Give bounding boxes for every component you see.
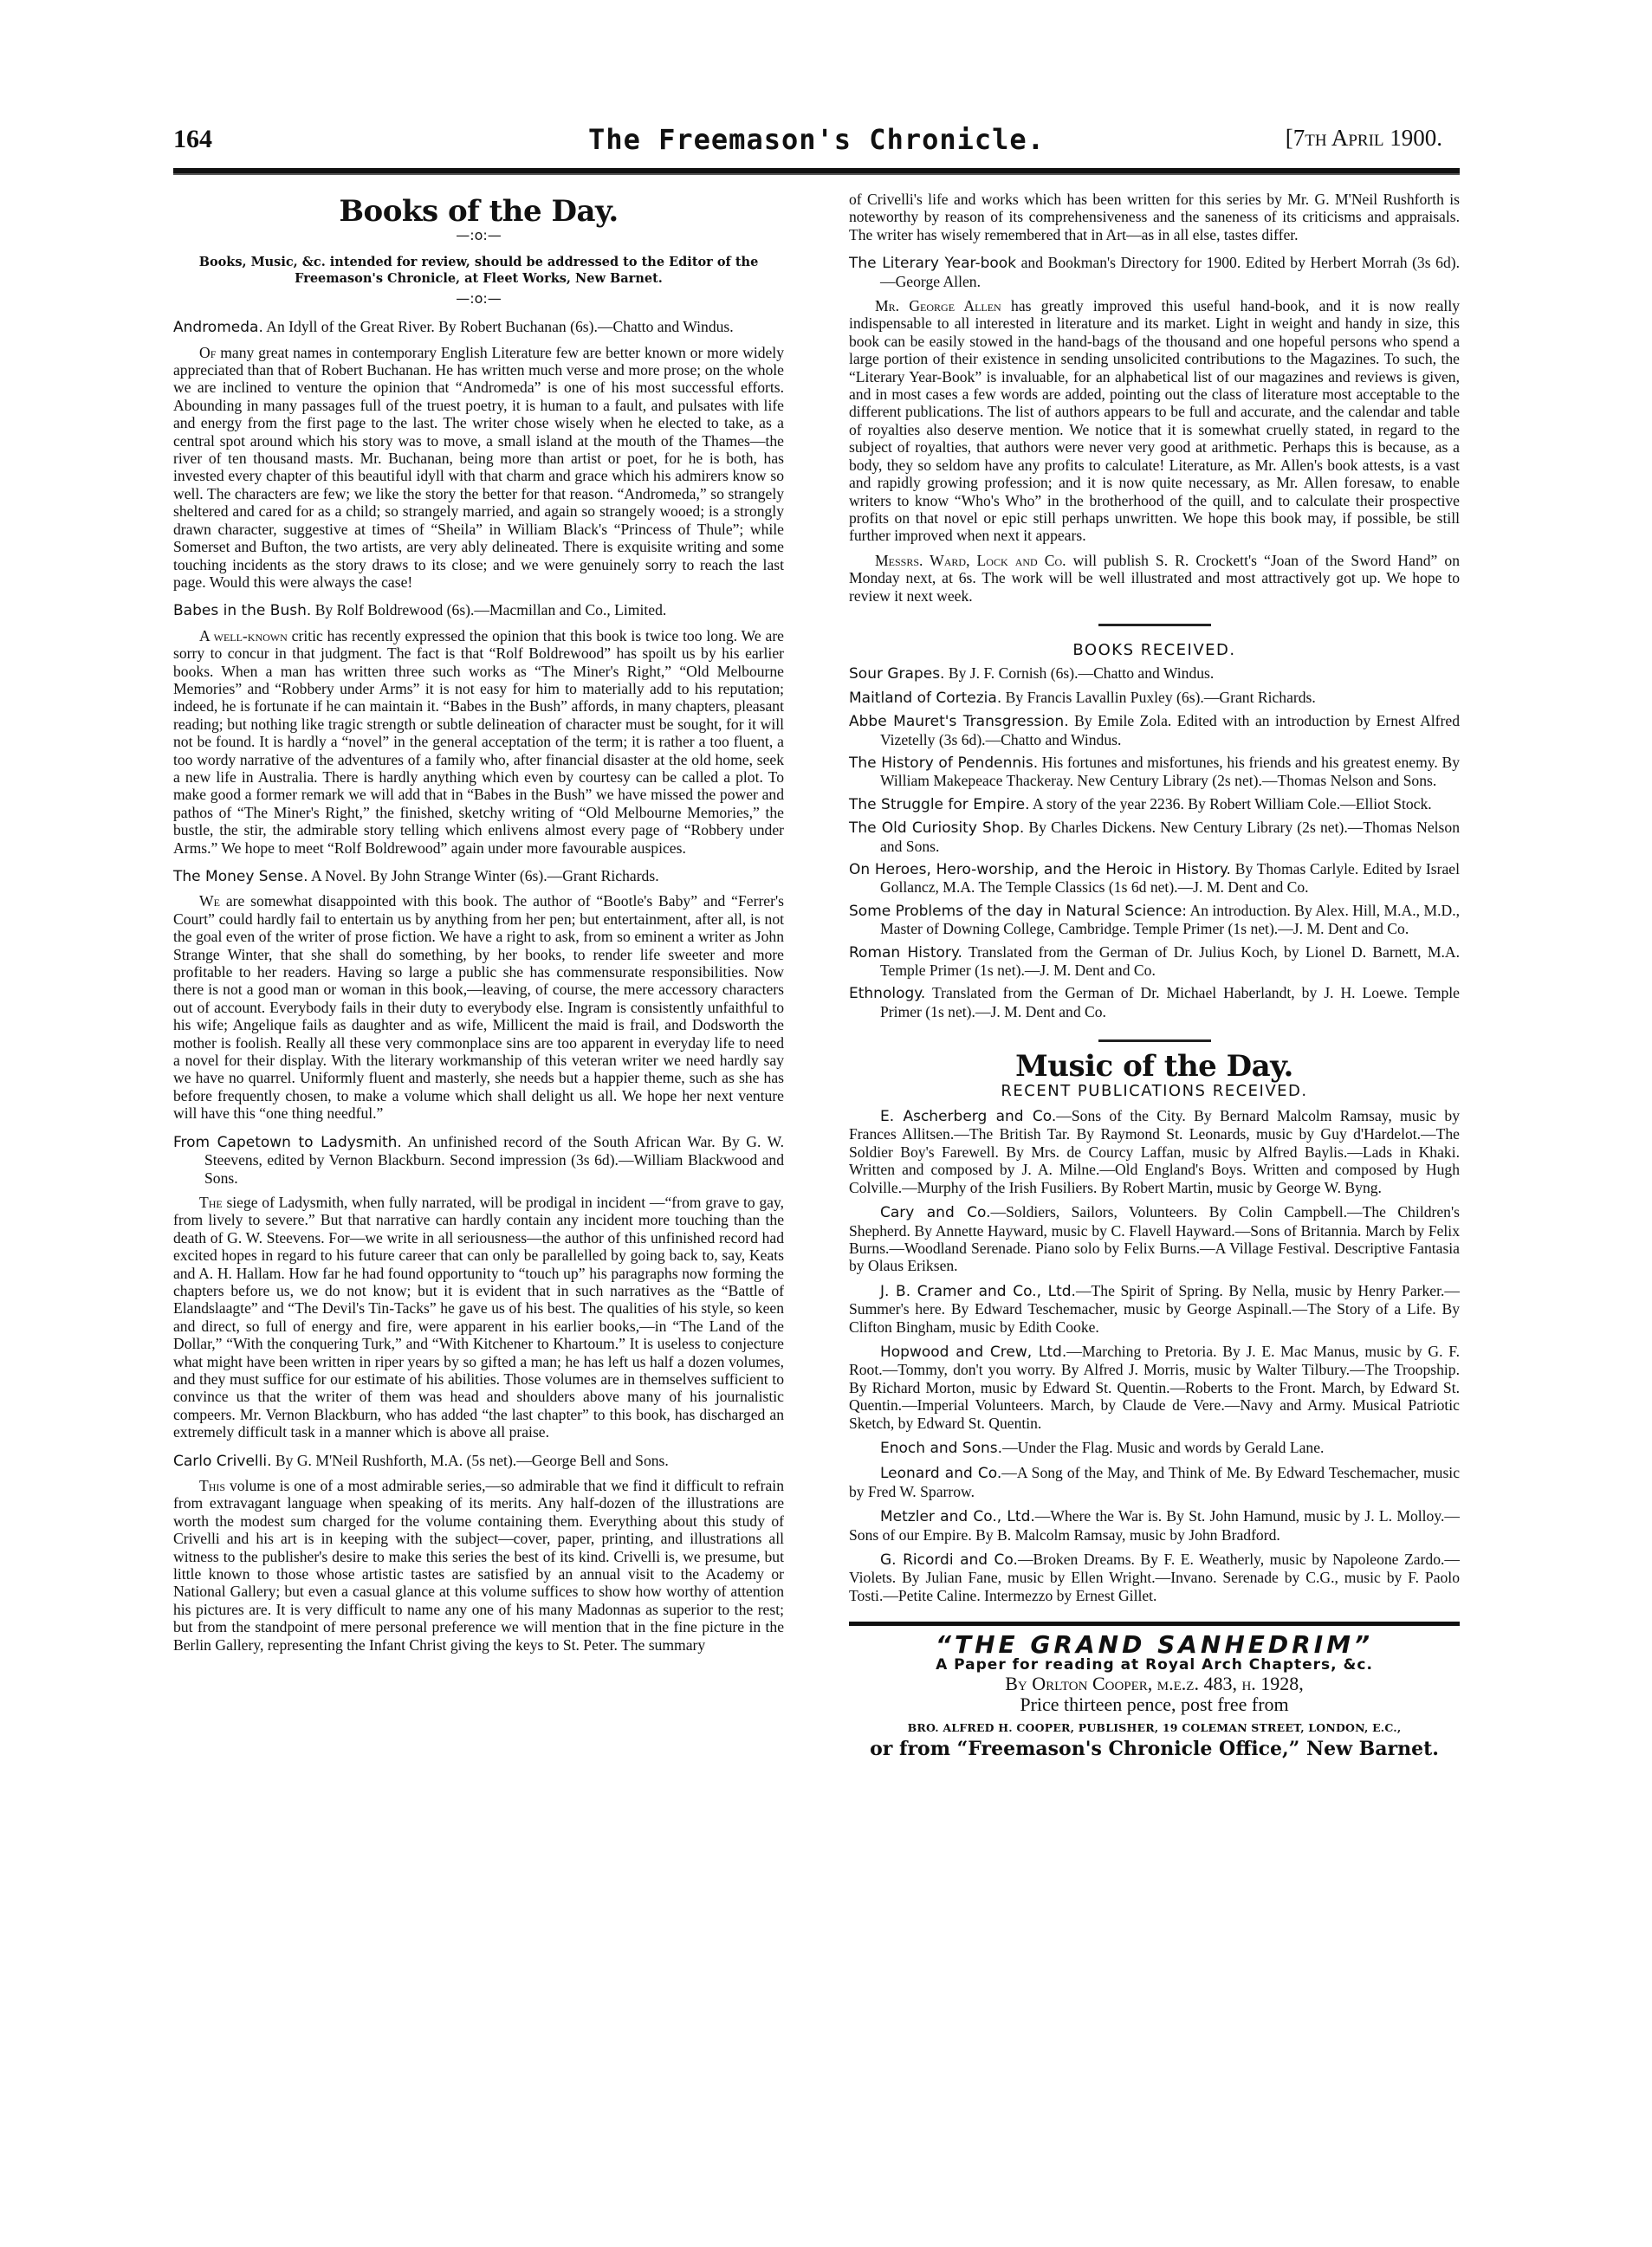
list-item: The Old Curiosity Shop. By Charles Dicke… [849, 819, 1460, 855]
section-divider [1098, 1039, 1211, 1042]
list-item: Ethnology. Translated from the German of… [849, 984, 1460, 1020]
review-heading: Carlo Crivelli. By G. M'Neil Rushforth, … [173, 1452, 784, 1470]
list-item: Some Problems of the day in Natural Scie… [849, 902, 1460, 938]
review-money-sense: The Money Sense. A Novel. By John Strang… [173, 867, 784, 1123]
list-item: The Struggle for Empire. A story of the … [849, 795, 1460, 813]
review-title: From Capetown to Ladysmith. [173, 1134, 402, 1151]
newspaper-title: The Freemason's Chronicle. [173, 123, 1460, 156]
issue-date: [7th April 1900. [1286, 125, 1442, 152]
books-of-the-day-heading: Books of the Day. [173, 203, 784, 220]
music-of-the-day-heading: Music of the Day. [849, 1058, 1460, 1075]
review-body: A well-known critic has recently express… [173, 627, 784, 857]
review-andromeda: Andromeda. An Idyll of the Great River. … [173, 318, 784, 591]
review-heading: The Money Sense. A Novel. By John Strang… [173, 867, 784, 885]
ward-lock-announcement: Messrs. Ward, Lock and Co. will publish … [849, 552, 1460, 605]
list-item: E. Ascherberg and Co.—Sons of the City. … [849, 1107, 1460, 1196]
list-item: Abbe Mauret's Transgression. By Emile Zo… [849, 712, 1460, 748]
crivelli-continued: of Crivelli's life and works which has b… [849, 191, 1460, 243]
ornament-separator: —:o:— [173, 290, 784, 308]
review-heading: From Capetown to Ladysmith. An unfinishe… [173, 1133, 784, 1187]
list-item: Leonard and Co.—A Song of the May, and T… [849, 1464, 1460, 1500]
recent-publications-heading: RECENT PUBLICATIONS RECEIVED. [849, 1083, 1460, 1100]
left-column: Books of the Day. —:o:— Books, Music, &c… [173, 191, 784, 1758]
review-heading: The Literary Year-book and Bookman's Dir… [849, 254, 1460, 290]
advertisement-office: or from “Freemason's Chronicle Office,” … [849, 1740, 1460, 1758]
advertisement-title: “THE GRAND SANHEDRIM” [849, 1636, 1460, 1654]
list-item: G. Ricordi and Co.—Broken Dreams. By F. … [849, 1551, 1460, 1604]
review-title: Babes in the Bush. [173, 602, 311, 619]
review-body: The siege of Ladysmith, when fully narra… [173, 1194, 784, 1441]
right-column: of Crivelli's life and works which has b… [849, 191, 1460, 1758]
review-body: We are somewhat disappointed with this b… [173, 892, 784, 1122]
review-body: This volume is one of a most admirable s… [173, 1477, 784, 1654]
review-title: The Money Sense. [173, 868, 308, 885]
review-citation: By Rolf Boldrewood (6s).—Macmillan and C… [315, 601, 667, 618]
columns: Books of the Day. —:o:— Books, Music, &c… [173, 191, 1460, 1758]
review-citation: A Novel. By John Strange Winter (6s).—Gr… [311, 867, 659, 884]
review-title: The Literary Year-book [849, 255, 1016, 272]
list-item: J. B. Cramer and Co., Ltd.—The Spirit of… [849, 1282, 1460, 1336]
list-item: Roman History. Translated from the Germa… [849, 943, 1460, 980]
list-item: Enoch and Sons.—Under the Flag. Music an… [849, 1439, 1460, 1457]
review-title: Andromeda. [173, 319, 263, 336]
review-heading: Babes in the Bush. By Rolf Boldrewood (6… [173, 601, 784, 619]
review-carlo-crivelli: Carlo Crivelli. By G. M'Neil Rushforth, … [173, 1452, 784, 1654]
list-item: Hopwood and Crew, Ltd.—Marching to Preto… [849, 1343, 1460, 1432]
advertisement-publisher: BRO. ALFRED H. COOPER, PUBLISHER, 19 COL… [849, 1719, 1460, 1737]
review-babes-in-the-bush: Babes in the Bush. By Rolf Boldrewood (6… [173, 601, 784, 857]
advertisement-rule [849, 1622, 1460, 1626]
review-submission-notice: Books, Music, &c. intended for review, s… [173, 254, 784, 287]
ornament-separator: —:o:— [173, 227, 784, 244]
review-citation: By G. M'Neil Rushforth, M.A. (5s net).—G… [275, 1452, 669, 1469]
advertisement-subtitle: A Paper for reading at Royal Arch Chapte… [849, 1656, 1460, 1674]
review-capetown-to-ladysmith: From Capetown to Ladysmith. An unfinishe… [173, 1133, 784, 1441]
review-title: Carlo Crivelli. [173, 1453, 271, 1470]
review-citation: An Idyll of the Great River. By Robert B… [266, 318, 733, 335]
books-received-list: Sour Grapes. By J. F. Cornish (6s).—Chat… [849, 664, 1460, 1020]
review-body: Of many great names in contemporary Engl… [173, 344, 784, 592]
newspaper-page: 164 The Freemason's Chronicle. [7th Apri… [173, 121, 1460, 1758]
list-item: The History of Pendennis. His fortunes a… [849, 754, 1460, 790]
masthead: 164 The Freemason's Chronicle. [7th Apri… [173, 121, 1460, 163]
advertisement-author: By Orlton Cooper, m.e.z. 483, h. 1928, [849, 1675, 1460, 1693]
review-literary-year-book: The Literary Year-book and Bookman's Dir… [849, 254, 1460, 545]
music-list: E. Ascherberg and Co.—Sons of the City. … [849, 1107, 1460, 1604]
review-body: Mr. George Allen has greatly improved th… [849, 297, 1460, 545]
advertisement-price: Price thirteen pence, post free from [849, 1696, 1460, 1713]
list-item: Sour Grapes. By J. F. Cornish (6s).—Chat… [849, 664, 1460, 683]
list-item: Maitland of Cortezia. By Francis Lavalli… [849, 689, 1460, 707]
section-divider [1098, 624, 1211, 626]
advertisement: “THE GRAND SANHEDRIM” A Paper for readin… [849, 1636, 1460, 1758]
masthead-rule [173, 168, 1460, 175]
list-item: Metzler and Co., Ltd.—Where the War is. … [849, 1507, 1460, 1544]
list-item: On Heroes, Hero-worship, and the Heroic … [849, 860, 1460, 897]
books-received-heading: BOOKS RECEIVED. [849, 642, 1460, 659]
review-heading: Andromeda. An Idyll of the Great River. … [173, 318, 784, 336]
list-item: Cary and Co.—Soldiers, Sailors, Voluntee… [849, 1203, 1460, 1275]
